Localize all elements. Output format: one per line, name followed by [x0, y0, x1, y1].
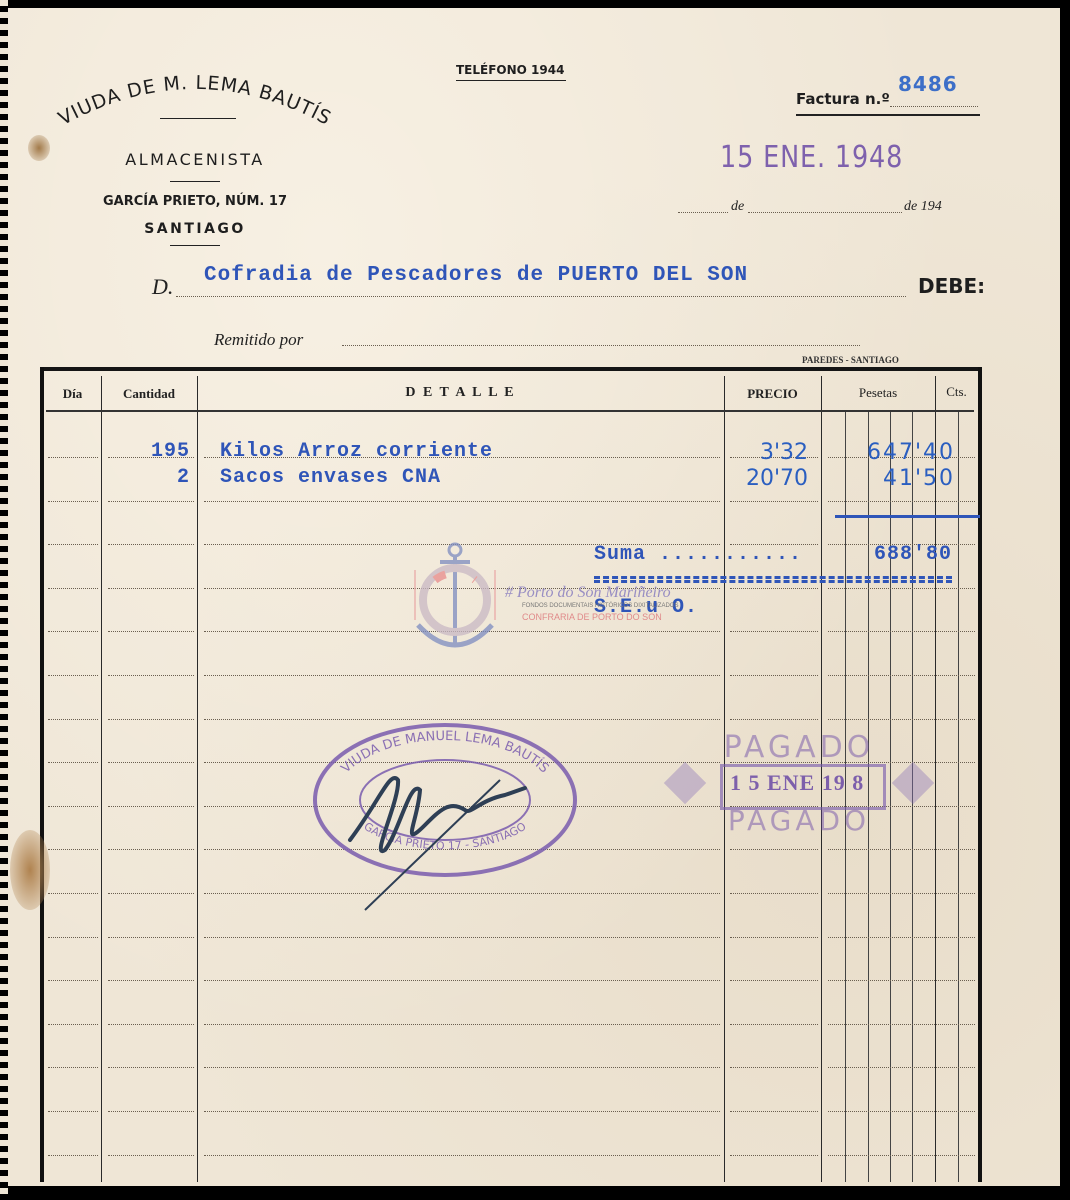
row-dotted-line [108, 1024, 194, 1025]
invoice-number-dots [890, 106, 978, 107]
row-dotted-line [108, 719, 194, 720]
merchant-name-arc-svg: VIUDA DE M. LEMA BAUTÍS [30, 60, 360, 150]
row-dotted-line [108, 849, 194, 850]
remitido-dots [342, 345, 860, 346]
row-dotted-line [108, 544, 194, 545]
row-dotted-line [828, 1111, 975, 1112]
row-dotted-line [730, 1067, 818, 1068]
row-dotted-line [204, 1111, 720, 1112]
row-dotted-line [828, 719, 975, 720]
row-dotted-line [48, 501, 98, 502]
col-header-detalle: D E T A L L E [197, 385, 724, 401]
paid-stamp-left-ornament [664, 762, 706, 804]
row-dotted-line [730, 1155, 818, 1156]
date-de-2: de 194 [904, 199, 942, 215]
row-dotted-line [730, 893, 818, 894]
row-dotted-line [48, 675, 98, 676]
row-dotted-line [828, 849, 975, 850]
signature [340, 740, 560, 920]
row-dotted-line [828, 675, 975, 676]
watermark-title: # Porto do Son Mariñeiro [505, 584, 671, 602]
date-stamp: 15 ENE. 1948 [720, 140, 903, 175]
row-dotted-line [730, 1024, 818, 1025]
debe-label: DEBE: [918, 274, 985, 298]
table-left-border [40, 367, 44, 1182]
merchant-name-arc: VIUDA DE M. LEMA BAUTÍS [30, 60, 360, 140]
customer-dots [176, 296, 906, 297]
row-1-cantidad: 195 [104, 440, 190, 463]
printer-credit: PAREDES - SANTIAGO [802, 355, 899, 365]
watermark-subtitle: FONDOS DOCUMENTAIS HISTÓRICOS DIXITALIZA… [522, 603, 678, 609]
suma-value: 688'80 [830, 543, 952, 566]
stain-top-left [28, 135, 50, 161]
row-dotted-line [730, 631, 818, 632]
row-dotted-line [730, 675, 818, 676]
row-dotted-line [828, 501, 975, 502]
table-top-border [40, 367, 982, 371]
row-dotted-line [204, 1155, 720, 1156]
row-dotted-line [730, 849, 818, 850]
row-dotted-line [730, 1111, 818, 1112]
row-dotted-line [730, 937, 818, 938]
row-dotted-line [108, 588, 194, 589]
row-dotted-line [108, 501, 194, 502]
watermark-anchor-logo [410, 540, 500, 660]
row-1-precio: 3'32 [724, 440, 808, 465]
merchant-city: SANTIAGO [100, 221, 290, 237]
row-dotted-line [48, 762, 98, 763]
row-dotted-line [48, 544, 98, 545]
suma-label: Suma ........... [594, 543, 802, 566]
row-dotted-line [48, 893, 98, 894]
row-dotted-line [48, 719, 98, 720]
row-dotted-line [108, 675, 194, 676]
invoice-number: 8486 [898, 72, 958, 96]
row-dotted-line [48, 631, 98, 632]
row-dotted-line [828, 631, 975, 632]
row-dotted-line [204, 937, 720, 938]
header-underline [46, 410, 974, 412]
table-right-border [978, 367, 982, 1182]
row-dotted-line [204, 675, 720, 676]
row-dotted-line [730, 980, 818, 981]
row-dotted-line [48, 588, 98, 589]
row-dotted-line [108, 1155, 194, 1156]
row-dotted-line [828, 937, 975, 938]
row-dotted-line [108, 631, 194, 632]
stain-mid-left [10, 830, 50, 910]
paid-stamp: PAGADO 1 5 ENE 19 8 PAGADO [670, 730, 930, 840]
row-dotted-line [828, 1155, 975, 1156]
row-1-detalle: Kilos Arroz corriente [220, 440, 493, 463]
invoice-label: Factura n.º [796, 90, 890, 108]
row-dotted-line [108, 806, 194, 807]
row-dotted-line [108, 1067, 194, 1068]
telephone: TELÉFONO 1944 [456, 63, 564, 77]
remitido-label: Remitido por [214, 330, 303, 350]
header-divider-1 [160, 118, 236, 119]
date-month-dots [748, 212, 902, 213]
col-sep-dia [101, 376, 102, 1182]
header-divider-2 [170, 181, 220, 182]
row-dotted-line [48, 1111, 98, 1112]
col-sep-pesetas [935, 376, 936, 1182]
row-dotted-line [828, 588, 975, 589]
perforated-edge [0, 0, 8, 1200]
customer-prefix: D. [152, 274, 173, 300]
date-de-1: de [731, 199, 744, 215]
row-dotted-line [108, 1111, 194, 1112]
svg-text:VIUDA DE M. LEMA BAUTÍS: VIUDA DE M. LEMA BAUTÍS [55, 72, 335, 130]
paid-stamp-top: PAGADO [704, 730, 894, 765]
row-dotted-line [108, 980, 194, 981]
paid-stamp-right-ornament [892, 762, 934, 804]
row-dotted-line [48, 1067, 98, 1068]
col-header-cantidad: Cantidad [101, 386, 197, 402]
row-dotted-line [48, 980, 98, 981]
row-dotted-line [730, 719, 818, 720]
signature-icon [340, 740, 560, 920]
col-header-pesetas: Pesetas [821, 385, 935, 401]
merchant-address: GARCÍA PRIETO, NÚM. 17 [90, 194, 300, 209]
col-header-precio: PRECIO [724, 386, 821, 402]
row-dotted-line [204, 1067, 720, 1068]
row-dotted-line [828, 980, 975, 981]
watermark-org: CONFRARIA DE PORTO DO SON [522, 612, 662, 622]
row-dotted-line [204, 1024, 720, 1025]
col-header-dia: Día [44, 386, 101, 402]
row-dotted-line [828, 1067, 975, 1068]
row-dotted-line [204, 501, 720, 502]
row-dotted-line [48, 1024, 98, 1025]
telephone-underline [456, 80, 566, 81]
row-dotted-line [48, 1155, 98, 1156]
paid-stamp-date: 1 5 ENE 19 8 [730, 770, 880, 796]
invoice-underline [796, 114, 980, 116]
col-sep-cantidad [197, 376, 198, 1182]
row-dotted-line [48, 457, 98, 458]
row-dotted-line [828, 1024, 975, 1025]
row-dotted-line [48, 937, 98, 938]
row-dotted-line [730, 501, 818, 502]
row-dotted-line [828, 893, 975, 894]
merchant-trade: ALMACENISTA [100, 150, 290, 169]
row-dotted-line [108, 937, 194, 938]
row-2-detalle: Sacos envases CNA [220, 466, 441, 489]
row-2-importe: 41'50 [830, 466, 955, 491]
row-dotted-line [204, 980, 720, 981]
row-dotted-line [108, 893, 194, 894]
date-day-dots [678, 212, 728, 213]
row-dotted-line [108, 762, 194, 763]
row-dotted-line [48, 849, 98, 850]
anchor-icon [410, 540, 500, 660]
row-dotted-line [730, 588, 818, 589]
paid-stamp-bottom: PAGADO [704, 804, 894, 837]
subtotal-rule [835, 515, 980, 518]
ornament-divider [170, 245, 220, 250]
row-dotted-line [48, 806, 98, 807]
row-1-importe: 647'40 [830, 440, 955, 465]
col-header-cts: Cts. [935, 384, 978, 400]
customer-name: Cofradia de Pescadores de PUERTO DEL SON [204, 264, 748, 287]
suma-double-rule [594, 576, 952, 583]
row-2-cantidad: 2 [104, 466, 190, 489]
row-2-precio: 20'70 [724, 466, 808, 491]
